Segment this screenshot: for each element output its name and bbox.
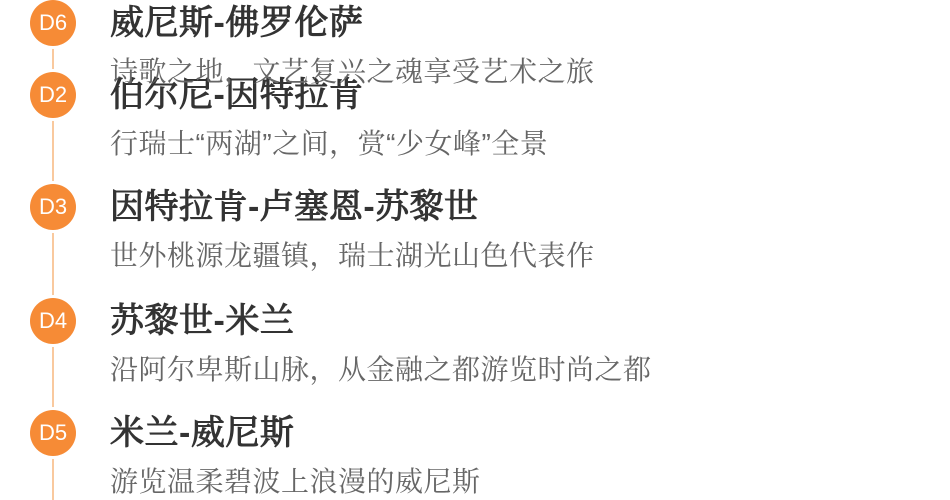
day-route-title: 威尼斯-佛罗伦萨 — [110, 0, 920, 46]
day-description: 沿阿尔卑斯山脉，从金融之都游览时尚之都 — [110, 354, 920, 386]
day-description: 世外桃源龙疆镇，瑞士湖光山色代表作 — [110, 240, 920, 272]
day-badge: D6 — [30, 0, 76, 46]
itinerary-day-entry[interactable]: D3 因特拉肯-卢塞恩-苏黎世 世外桃源龙疆镇，瑞士湖光山色代表作 — [0, 184, 950, 272]
itinerary-day-entry[interactable]: D4 苏黎世-米兰 沿阿尔卑斯山脉，从金融之都游览时尚之都 — [0, 298, 950, 386]
itinerary-day-entry[interactable]: D5 米兰-威尼斯 游览温柔碧波上浪漫的威尼斯 — [0, 410, 950, 498]
day-badge: D3 — [30, 184, 76, 230]
itinerary-timeline: D2 伯尔尼-因特拉肯 行瑞士“两湖”之间，赏“少女峰”全景 D3 因特拉肯-卢… — [0, 0, 950, 500]
itinerary-day-entry[interactable]: D6 威尼斯-佛罗伦萨 诗歌之地，文艺复兴之魂享受艺术之旅 — [0, 0, 950, 88]
day-description: 行瑞士“两湖”之间，赏“少女峰”全景 — [110, 128, 920, 160]
day-description: 诗歌之地，文艺复兴之魂享受艺术之旅 — [110, 56, 920, 88]
day-route-title: 米兰-威尼斯 — [110, 410, 920, 456]
day-route-title: 因特拉肯-卢塞恩-苏黎世 — [110, 184, 920, 230]
day-badge: D4 — [30, 298, 76, 344]
day-badge: D5 — [30, 410, 76, 456]
day-description: 游览温柔碧波上浪漫的威尼斯 — [110, 466, 920, 498]
day-route-title: 苏黎世-米兰 — [110, 298, 920, 344]
